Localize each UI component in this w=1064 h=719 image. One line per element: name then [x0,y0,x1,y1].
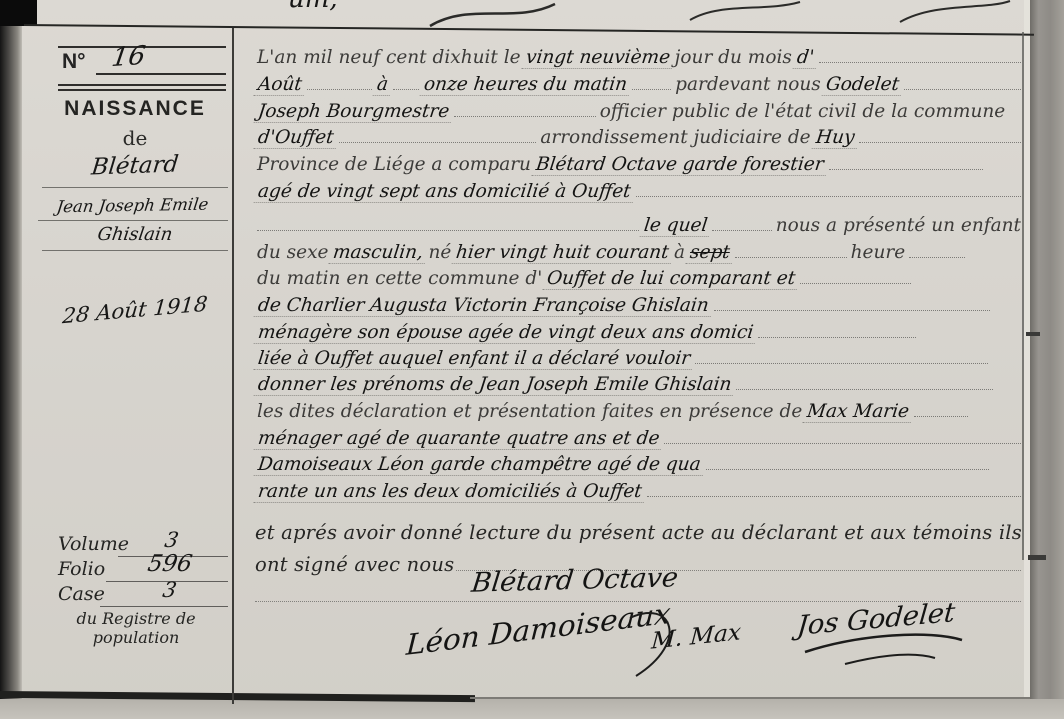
act-line: du sexemasculin,néhier vingt huit couran… [255,237,1023,264]
ruled-blank [904,69,1021,90]
ruled-blank [632,69,671,90]
ruled-blank [706,449,990,470]
name-underline-3 [42,250,228,251]
ruled-blank [257,210,639,231]
ruled-blank [664,423,1021,444]
act-number-label: N° [62,50,86,74]
ruled-blank [393,69,419,90]
margin-divider-rule [232,28,234,704]
ruled-blank [454,96,596,117]
printed-form-text: arrondissement judiciaire de [538,127,812,148]
book-binding-edge [0,0,22,719]
ruled-blank [819,42,1021,63]
ruled-blank [909,237,965,258]
case-label: Case [58,583,105,605]
child-given-names: Jean Joseph Emile [29,194,237,217]
edge-ink-mark [1026,332,1040,336]
signature-declarant: Blétard Octave [470,562,680,598]
bottom-page-edge [0,699,1064,719]
printed-form-text: officier public de l'état civil de la co… [598,101,1008,122]
act-line: Province de Liége a comparuBlétard Octav… [255,149,1023,176]
handwritten-entry: Août [254,74,307,96]
act-number-value: 16 [110,41,148,73]
ruled-blank [714,290,991,311]
act-line: agé de vingt sept ans domicilié à Ouffet [255,176,1023,203]
ruled-blank [736,369,992,390]
handwritten-entry: de Charlier Augusta Victorin Françoise G… [254,295,713,317]
printed-form-text: les dites déclaration et présentation fa… [255,401,804,422]
printed-form-text: né [426,242,453,263]
volume-value: 3 [163,528,181,552]
ruled-blank [647,476,1021,497]
act-line: rante un ans les deux domiciliés à Ouffe… [255,476,1023,503]
ruled-blank [636,176,1021,197]
ruled-blank [735,237,847,258]
handwritten-entry: d'Ouffet [254,127,338,149]
handwritten-entry: d' [793,47,819,69]
handwritten-entry: Ouffet de lui comparant et [543,268,800,290]
handwritten-entry: liée à Ouffet auquel enfant il a déclaré… [254,348,695,370]
margin-double-rule-2 [58,89,226,91]
handwritten-entry: Huy [811,127,858,149]
handwritten-entry: vingt neuvième [521,47,674,69]
handwritten-entry: rante un ans les deux domiciliés à Ouffe… [254,481,646,503]
folio-value: 596 [146,551,194,577]
act-line: ménager agé de quarante quatre ans et de [255,423,1023,450]
margin-double-rule-1 [58,84,226,86]
record-type-subtitle: de [40,126,230,150]
printed-form-text: nous a présenté un enfant [774,215,1023,236]
bottom-edge-line [470,697,1030,699]
act-line: du matin en cette commune d'Ouffet de lu… [255,263,1023,290]
previous-act-remnant: um, [288,0,338,14]
printed-form-text: Province de Liége a comparu [255,154,533,175]
ruled-blank [914,396,967,417]
act-line: donner les prénoms de Jean Joseph Emile … [255,369,1023,396]
act-line: Joseph Bourgmestreofficier public de l'é… [255,96,1023,123]
printed-form-text: pardevant nous [673,74,823,95]
folio-label: Folio [58,558,105,580]
closing-clause-line1: et aprés avoir donné lecture du présent … [255,521,1023,544]
act-line: de Charlier Augusta Victorin Françoise G… [255,290,1023,317]
record-type-title: NAISSANCE [40,97,230,121]
printed-form-text: du sexe [255,242,330,263]
ruled-blank [339,122,537,143]
birth-date: 28 Août 1918 [33,289,237,330]
child-given-names-2: Ghislain [34,224,237,245]
ruled-blank [758,317,916,338]
handwritten-entry: ménager agé de quarante quatre ans et de [254,428,664,450]
printed-form-text: à [672,242,687,263]
birth-record-page: um, N° 16 NAISSANCE de Blétard Jean Jose… [0,0,1064,719]
case-underline [100,606,228,607]
child-surname: Blétard [33,150,237,183]
page-edge-highlight [1024,0,1030,719]
handwritten-entry: hier vingt huit courant [452,242,673,264]
printed-form-text: heure [849,242,908,263]
handwritten-entry: donner les prénoms de Jean Joseph Emile … [254,374,736,396]
handwritten-entry: onze heures du matin [420,74,632,96]
scan-corner-black [0,0,37,26]
handwritten-entry: Godelet [821,74,903,96]
edge-ink-mark [1028,555,1046,560]
handwritten-entry: Damoiseaux Léon garde champêtre agé de q… [254,454,705,476]
adjacent-page-edge [1030,0,1064,719]
ruled-blank [800,263,910,284]
act-number-underline [96,73,226,75]
act-line: liée à Ouffet auquel enfant il a déclaré… [255,343,1023,370]
act-line: les dites déclaration et présentation fa… [255,396,1023,423]
act-line: ménagère son épouse agée de vingt deux a… [255,317,1023,344]
act-line: Aoûtàonze heures du matinpardevant nousG… [255,69,1023,96]
signature-officer: Jos Godelet [796,597,957,641]
handwritten-entry: le quel [639,215,711,237]
closing-text-2: ont signé avec nous [255,553,454,576]
closing-text-1: et aprés avoir donné lecture du présent … [255,521,1022,544]
name-underline-2 [38,220,228,221]
handwritten-entry-struck: sept [686,242,734,264]
signature-witness-1: Léon Damoiseaux [405,596,671,662]
act-line: L'an mil neuf cent dixhuit levingt neuvi… [255,42,1023,69]
case-value: 3 [161,578,179,602]
act-line: Damoiseaux Léon garde champêtre agé de q… [255,449,1023,476]
handwritten-entry: ménagère son épouse agée de vingt deux a… [254,322,758,344]
act-line: le quelnous a présenté un enfant [255,210,1023,237]
handwritten-entry: Max Marie [803,401,914,423]
ruled-blank [712,210,772,231]
volume-label: Volume [58,533,129,555]
printed-form-text: jour du mois [673,47,794,68]
handwritten-entry: Blétard Octave garde forestier [532,154,828,176]
handwritten-entry: à [373,74,393,96]
ruled-blank [859,122,1021,143]
ruled-blank [695,343,988,364]
handwritten-entry: masculin, [329,242,428,264]
ruled-blank [829,149,983,170]
name-underline-1 [42,187,228,188]
act-top-border [24,24,1034,36]
printed-form-text: du matin en cette commune d' [255,268,544,289]
printed-form-text: L'an mil neuf cent dixhuit le [255,47,523,68]
act-line: d'Ouffetarrondissement judiciaire deHuy [255,122,1023,149]
ruled-blank [307,69,372,90]
handwritten-entry: Joseph Bourgmestre [254,101,454,123]
handwritten-entry: agé de vingt sept ans domicilié à Ouffet [254,181,635,203]
register-note: du Registre de population [40,609,232,647]
